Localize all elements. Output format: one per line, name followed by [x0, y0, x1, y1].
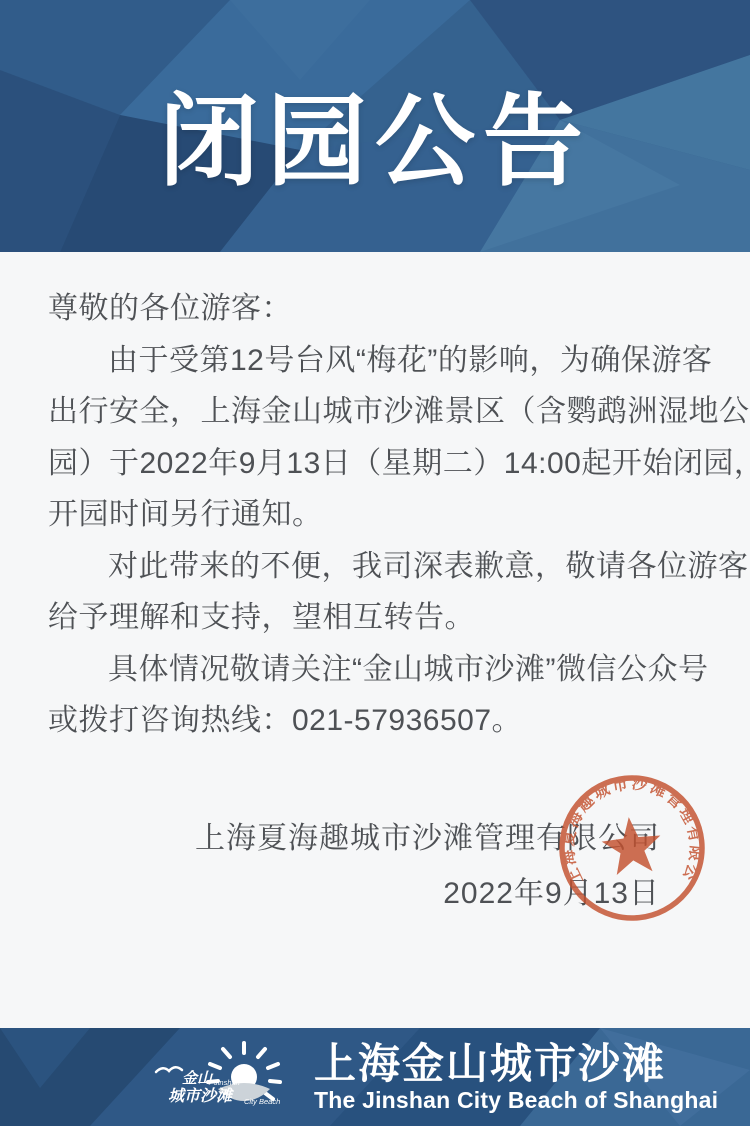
jinshan-beach-logo: 金山 Jinshan 城市沙滩 City Beach: [152, 1041, 300, 1113]
logo-cn-top: 金山: [182, 1069, 214, 1087]
notice-line: 开园时间另行通知。: [48, 489, 705, 541]
logo-en-top: Jinshan: [213, 1078, 240, 1087]
notice-line: 对此带来的不便，我司深表歉意，敬请各位游客: [48, 541, 705, 593]
footer-wordmark: 上海金山城市沙滩 The Jinshan City Beach of Shang…: [314, 1042, 718, 1113]
signature-block: 上海夏海趣城市沙滩管理有限公司 2022年9月13日: [48, 811, 705, 921]
signature-company: 上海夏海趣城市沙滩管理有限公司: [48, 811, 660, 866]
notice-line: 出行安全，上海金山城市沙滩景区（含鹦鹉洲湿地公: [48, 386, 705, 438]
signature-date: 2022年9月13日: [48, 866, 660, 921]
logo-en-bottom: City Beach: [244, 1097, 280, 1106]
notice-line: 由于受第12号台风“梅花”的影响，为确保游客: [48, 335, 705, 387]
logo-cn-bottom: 城市沙滩: [168, 1087, 235, 1105]
seagull-icon: [156, 1067, 182, 1072]
page-title: 闭园公告: [0, 0, 750, 252]
footer-title-en: The Jinshan City Beach of Shanghai: [314, 1087, 718, 1113]
footer-content: 金山 Jinshan 城市沙滩 City Beach 上海金山城市沙滩 The …: [0, 1028, 750, 1126]
closure-notice-poster: 闭园公告 尊敬的各位游客： 由于受第12号台风“梅花”的影响，为确保游客 出行安…: [0, 0, 750, 1126]
footer-title-cn: 上海金山城市沙滩: [314, 1042, 718, 1086]
poster-footer: 金山 Jinshan 城市沙滩 City Beach 上海金山城市沙滩 The …: [0, 1028, 750, 1126]
poster-header: 闭园公告: [0, 0, 750, 252]
notice-line: 具体情况敬请关注“金山城市沙滩”微信公众号: [48, 644, 705, 696]
notice-line: 给予理解和支持，望相互转告。: [48, 592, 705, 644]
notice-hotline-line: 或拨打咨询热线：021-57936507。: [48, 695, 705, 747]
notice-line: 园）于2022年9月13日（星期二）14:00起开始闭园，: [48, 438, 705, 490]
notice-salutation: 尊敬的各位游客：: [48, 283, 705, 335]
notice-body: 尊敬的各位游客： 由于受第12号台风“梅花”的影响，为确保游客 出行安全，上海金…: [0, 252, 750, 1028]
